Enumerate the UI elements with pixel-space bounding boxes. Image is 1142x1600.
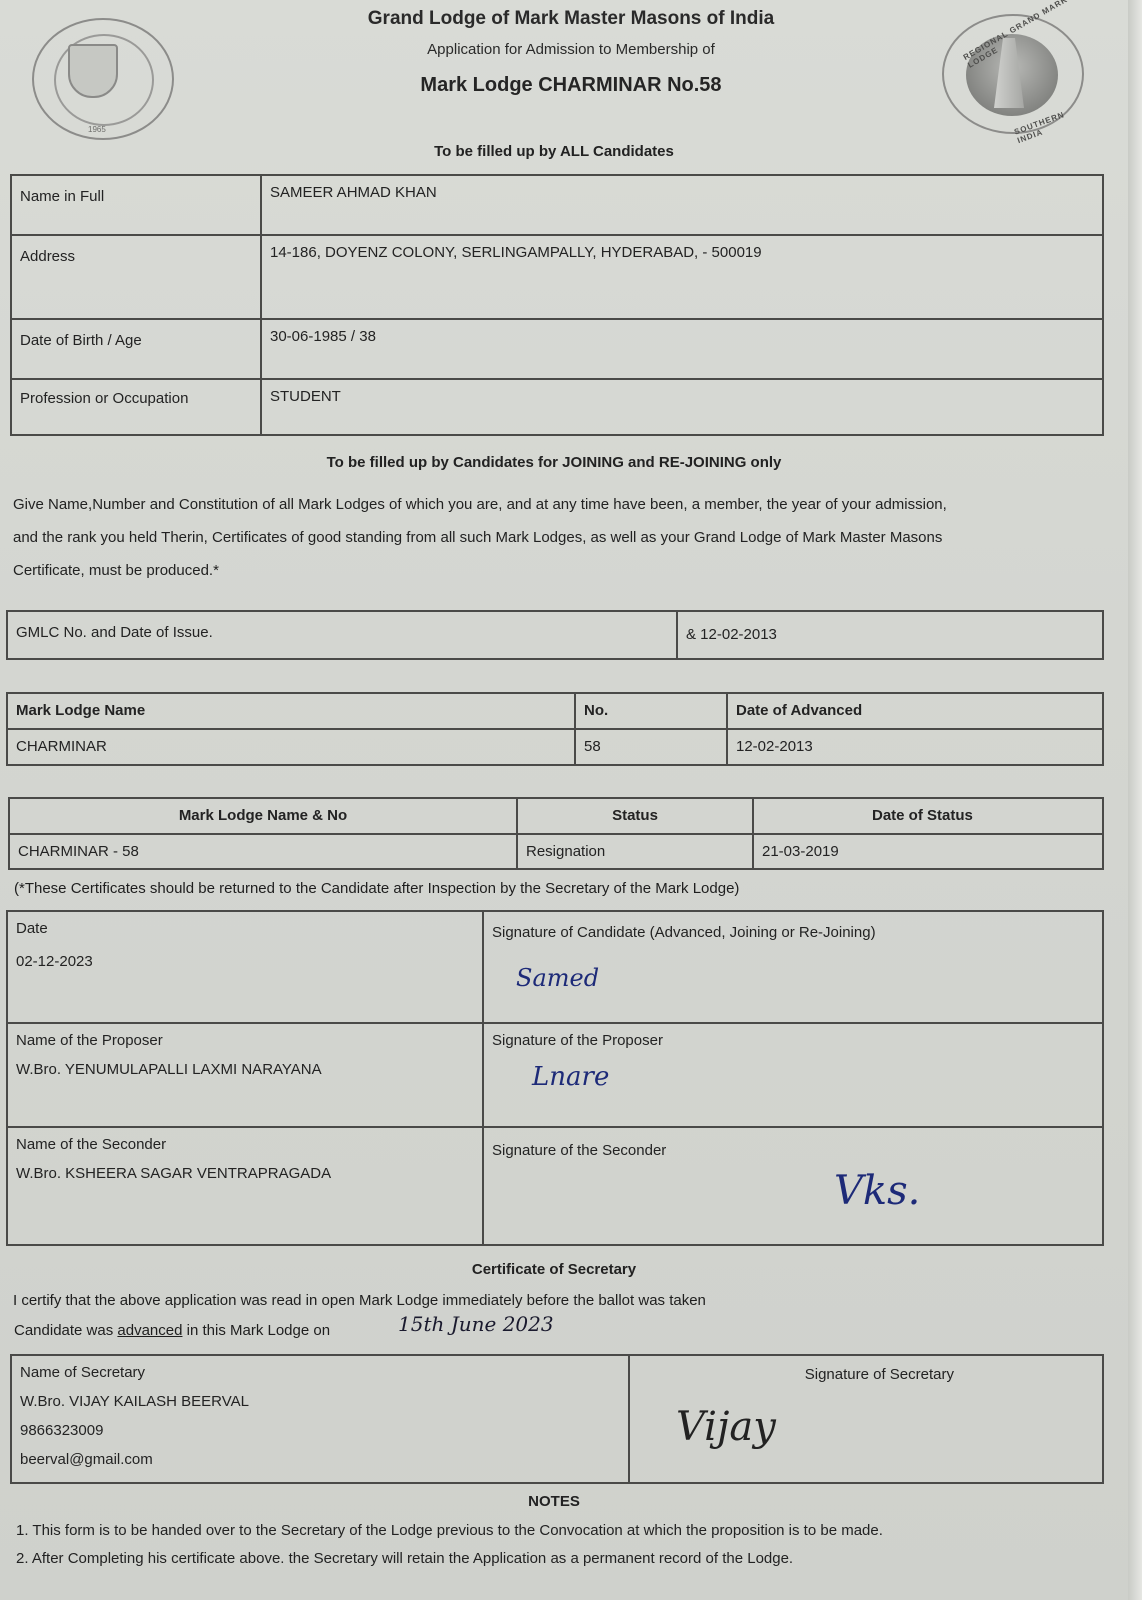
seconder-signature: Vks. <box>834 1168 920 1214</box>
secretary-heading: Certificate of Secretary <box>0 1261 1108 1278</box>
secretary-name-label: Name of Secretary <box>20 1358 620 1387</box>
lodge-title: Mark Lodge CHARMINAR No.58 <box>0 74 1142 97</box>
cell-date-advanced: 12-02-2013 <box>727 729 1103 765</box>
date-label: Date <box>16 920 474 937</box>
table-row: Name of Secretary W.Bro. VIJAY KAILASH B… <box>11 1355 1103 1483</box>
profession-label: Profession or Occupation <box>11 379 261 435</box>
advanced-statement: Candidate was advanced in this Mark Lodg… <box>14 1322 330 1339</box>
proposer-signature-cell: Signature of the Proposer Lnare <box>483 1023 1103 1127</box>
gmlc-table: GMLC No. and Date of Issue. & 12-02-2013 <box>6 610 1104 660</box>
candidate-signature: Samed <box>516 964 599 992</box>
seconder-name: W.Bro. KSHEERA SAGAR VENTRAPRAGADA <box>16 1165 474 1182</box>
col-header-status: Status <box>517 798 753 834</box>
table-header-row: Mark Lodge Name & No Status Date of Stat… <box>9 798 1103 834</box>
proposer-signature-label: Signature of the Proposer <box>492 1032 1094 1049</box>
cell-lodge-name: CHARMINAR <box>7 729 575 765</box>
candidate-signature-label: Signature of Candidate (Advanced, Joinin… <box>492 924 1094 941</box>
candidate-details-table: Name in Full SAMEER AHMAD KHAN Address 1… <box>10 174 1104 436</box>
secretary-table: Name of Secretary W.Bro. VIJAY KAILASH B… <box>10 1354 1104 1484</box>
form-subtitle: Application for Admission to Membership … <box>0 41 1142 58</box>
name-label: Name in Full <box>11 175 261 235</box>
col-header-lodge-name: Mark Lodge Name <box>7 693 575 729</box>
signatures-table: Date 02-12-2023 Signature of Candidate (… <box>6 910 1104 1246</box>
advanced-suffix: in this Mark Lodge on <box>182 1322 330 1339</box>
cell-date-status: 21-03-2019 <box>753 834 1103 869</box>
secretary-phone: 9866323009 <box>20 1416 620 1445</box>
table-header-row: Mark Lodge Name No. Date of Advanced <box>7 693 1103 729</box>
table-row: Address 14-186, DOYENZ COLONY, SERLINGAM… <box>11 235 1103 319</box>
advanced-word: advanced <box>117 1322 182 1339</box>
proposer-name: W.Bro. YENUMULAPALLI LAXMI NARAYANA <box>16 1061 474 1078</box>
secretary-signature-label: Signature of Secretary <box>638 1366 1094 1383</box>
joining-instructions: Give Name,Number and Constitution of all… <box>13 488 1113 587</box>
date-value: 02-12-2023 <box>16 953 474 970</box>
table-row: Name in Full SAMEER AHMAD KHAN <box>11 175 1103 235</box>
address-value: 14-186, DOYENZ COLONY, SERLINGAMPALLY, H… <box>261 235 1103 319</box>
candidate-signature-cell: Signature of Candidate (Advanced, Joinin… <box>483 911 1103 1023</box>
instruction-line: Give Name,Number and Constitution of all… <box>13 488 1113 521</box>
advanced-prefix: Candidate was <box>14 1322 117 1339</box>
seconder-cell: Name of the Seconder W.Bro. KSHEERA SAGA… <box>7 1127 483 1245</box>
table-row: CHARMINAR 58 12-02-2013 <box>7 729 1103 765</box>
instruction-line: and the rank you held Therin, Certificat… <box>13 521 1113 554</box>
table-row: CHARMINAR - 58 Resignation 21-03-2019 <box>9 834 1103 869</box>
col-header-date-status: Date of Status <box>753 798 1103 834</box>
seconder-label: Name of the Seconder <box>16 1136 474 1153</box>
col-header-lodge-name-no: Mark Lodge Name & No <box>9 798 517 834</box>
note-item: 2. After Completing his certificate abov… <box>16 1550 793 1567</box>
dob-label: Date of Birth / Age <box>11 319 261 379</box>
secretary-certify-text: I certify that the above application was… <box>13 1292 706 1309</box>
certificates-footnote: (*These Certificates should be returned … <box>14 880 739 897</box>
table-row: GMLC No. and Date of Issue. & 12-02-2013 <box>7 611 1103 659</box>
cell-status: Resignation <box>517 834 753 869</box>
proposer-cell: Name of the Proposer W.Bro. YENUMULAPALL… <box>7 1023 483 1127</box>
seal-year: 1965 <box>88 125 106 134</box>
advanced-date-handwritten: 15th June 2023 <box>398 1312 554 1336</box>
seconder-signature-cell: Signature of the Seconder Vks. <box>483 1127 1103 1245</box>
secretary-signature-cell: Signature of Secretary Vijay <box>629 1355 1103 1483</box>
secretary-info-cell: Name of Secretary W.Bro. VIJAY KAILASH B… <box>11 1355 629 1483</box>
notes-heading: NOTES <box>0 1493 1108 1510</box>
date-cell: Date 02-12-2023 <box>7 911 483 1023</box>
proposer-label: Name of the Proposer <box>16 1032 474 1049</box>
advanced-table: Mark Lodge Name No. Date of Advanced CHA… <box>6 692 1104 766</box>
section-all-heading: To be filled up by ALL Candidates <box>0 143 1108 160</box>
col-header-no: No. <box>575 693 727 729</box>
table-row: Date 02-12-2023 Signature of Candidate (… <box>7 911 1103 1023</box>
table-row: Profession or Occupation STUDENT <box>11 379 1103 435</box>
table-row: Date of Birth / Age 30-06-1985 / 38 <box>11 319 1103 379</box>
table-row: Name of the Proposer W.Bro. YENUMULAPALL… <box>7 1023 1103 1127</box>
cell-lodge-name-no: CHARMINAR - 58 <box>9 834 517 869</box>
profession-value: STUDENT <box>261 379 1103 435</box>
name-value: SAMEER AHMAD KHAN <box>261 175 1103 235</box>
proposer-signature: Lnare <box>532 1062 609 1092</box>
secretary-signature: Vijay <box>676 1404 776 1450</box>
address-label: Address <box>11 235 261 319</box>
cell-lodge-no: 58 <box>575 729 727 765</box>
secretary-name: W.Bro. VIJAY KAILASH BEERVAL <box>20 1387 620 1416</box>
status-table: Mark Lodge Name & No Status Date of Stat… <box>8 797 1104 870</box>
gmlc-label: GMLC No. and Date of Issue. <box>7 611 677 659</box>
gmlc-value: & 12-02-2013 <box>677 611 1103 659</box>
dob-value: 30-06-1985 / 38 <box>261 319 1103 379</box>
org-title: Grand Lodge of Mark Master Masons of Ind… <box>0 8 1142 30</box>
section-joining-heading: To be filled up by Candidates for JOININ… <box>0 454 1108 471</box>
note-item: 1. This form is to be handed over to the… <box>16 1522 883 1539</box>
seconder-signature-label: Signature of the Seconder <box>492 1142 1094 1159</box>
page-edge <box>1128 0 1142 1600</box>
secretary-email: beerval@gmail.com <box>20 1445 620 1474</box>
col-header-date-advanced: Date of Advanced <box>727 693 1103 729</box>
table-row: Name of the Seconder W.Bro. KSHEERA SAGA… <box>7 1127 1103 1245</box>
instruction-line: Certificate, must be produced.* <box>13 554 1113 587</box>
